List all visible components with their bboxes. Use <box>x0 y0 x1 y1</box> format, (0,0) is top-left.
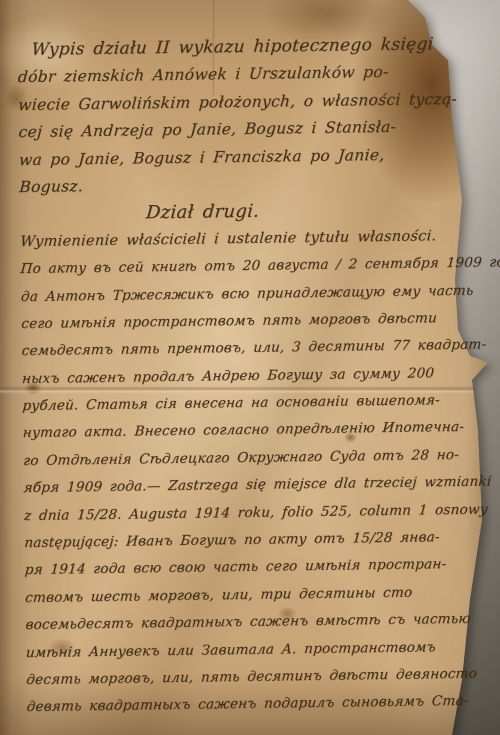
manuscript-text: Wypis działu II wykazu hipotecznego księ… <box>17 31 463 722</box>
photo-of-manuscript: Wypis działu II wykazu hipotecznego księ… <box>0 0 500 735</box>
